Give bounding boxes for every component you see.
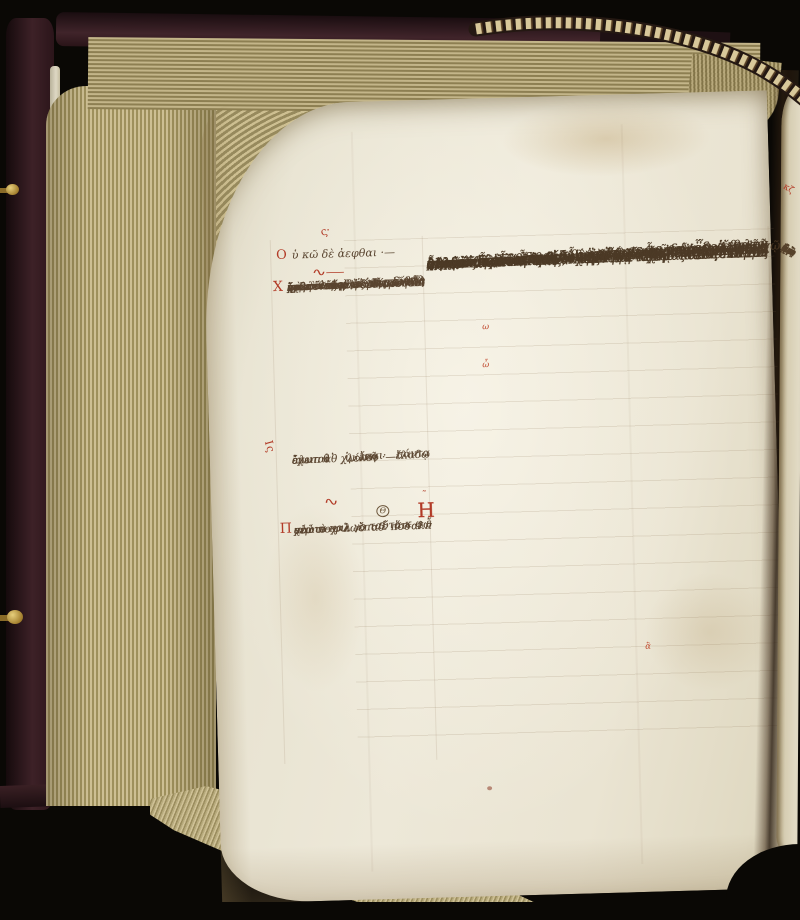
clasp-pin-lower [7,610,23,624]
shadow-bottom [0,902,800,920]
ruling-vertical-guide [270,240,286,764]
rubric-initial-chi: Χ [273,279,283,295]
fore-edge-shading [46,86,216,806]
parchment-speck [487,786,492,790]
clasp-pin-upper [6,184,19,195]
endband-headband [0,0,800,130]
left-page: ς· Οὑ κῶ δὲ ἀεφθαι ·— ∿― Χ άριε ν ἔξω το… [200,90,789,904]
quire-mark: ς· [319,223,332,238]
interlinear-gloss: ἃ [645,642,651,652]
page-inner-shadow-bottom [221,833,789,904]
rubric-initial-eta-mark: ῀ [422,490,427,501]
interlinear-gloss: ὧ [482,360,489,370]
manuscript-photo: ς· Οὑ κῶ δὲ ἀεφθαι ·— ∿― Χ άριε ν ἔξω το… [0,0,800,920]
ruling-lines [344,228,788,760]
rubric-squiggle: ∿ [322,494,340,510]
right-page-rubric: κζ [781,182,795,196]
rubric-initial-eta: Η [417,500,435,520]
interlinear-gloss: ω [482,322,489,332]
rubric-initial-omicron: Ο [276,248,287,263]
rubric-initial-pi: Π [280,521,293,537]
margin-heading-text: ὑ κῶ δὲ ἀεφθαι ·— [292,246,396,262]
